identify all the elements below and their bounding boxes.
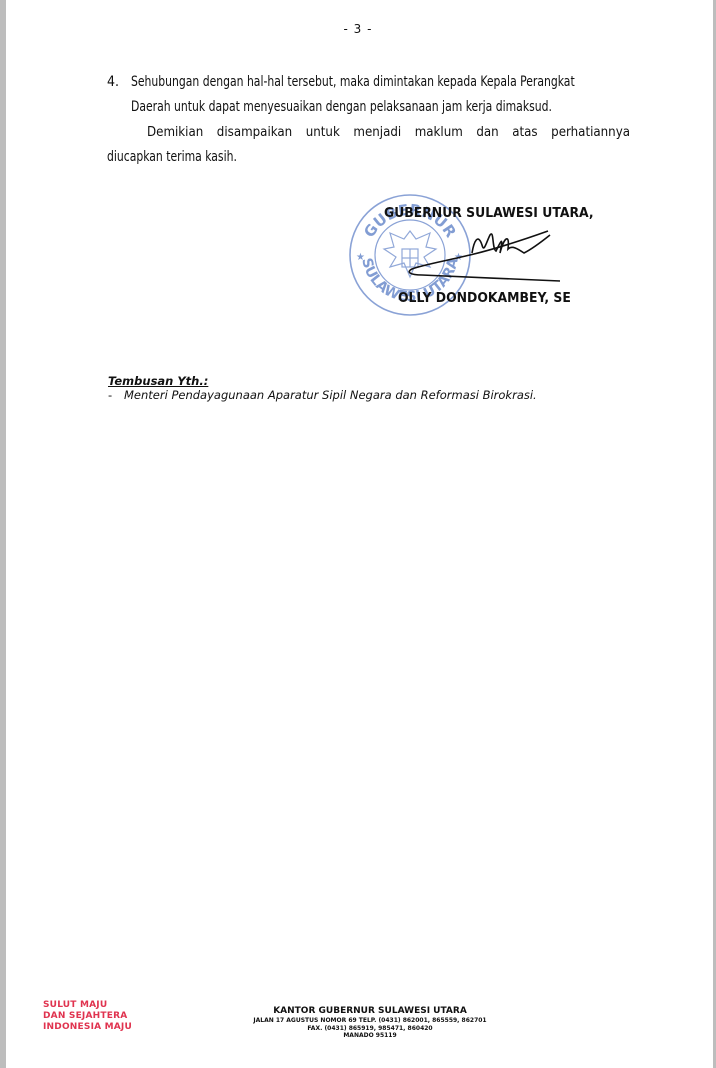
- closing-paragraph: Demikian disampaikan untuk menjadi maklu…: [107, 120, 630, 170]
- signatory-name: OLLY DONDOKAMBEY, SE: [398, 290, 571, 306]
- page-edge-left: [0, 0, 6, 1068]
- page-number: - 3 -: [0, 22, 716, 36]
- footer-office-name: KANTOR GUBERNUR SULAWESI UTARA: [240, 1006, 500, 1017]
- footer-address: JALAN 17 AGUSTUS NOMOR 69 TELP. (0431) 8…: [240, 1017, 500, 1025]
- footer-slogan: SULUT MAJU DAN SEJAHTERA INDONESIA MAJU: [43, 1000, 132, 1033]
- handwritten-signature-icon: [400, 223, 580, 283]
- list-item-text-line1: Sehubungan dengan hal-hal tersebut, maka…: [131, 70, 575, 95]
- signatory-title: GUBERNUR SULAWESI UTARA,: [384, 205, 594, 221]
- signature-block: GUBERNUR SULAWESI UTARA ★ ★ GUBERNUR SUL…: [340, 185, 640, 325]
- footer-city: MANADO 95119: [240, 1032, 500, 1040]
- list-item-text-line2: Daerah untuk dapat menyesuaikan dengan p…: [131, 95, 552, 120]
- list-item-4: 4. Sehubungan dengan hal-hal tersebut, m…: [107, 70, 630, 120]
- carbon-copy-section: Tembusan Yth.: -Menteri Pendayagunaan Ap…: [108, 374, 537, 402]
- svg-text:★: ★: [356, 252, 365, 263]
- closing-line1: Demikian disampaikan untuk menjadi maklu…: [107, 120, 630, 145]
- footer-office-address: KANTOR GUBERNUR SULAWESI UTARA JALAN 17 …: [240, 1006, 500, 1040]
- carbon-copy-item: -Menteri Pendayagunaan Aparatur Sipil Ne…: [108, 388, 537, 402]
- footer-fax: FAX. (0431) 865919, 985471, 860420: [240, 1025, 500, 1033]
- carbon-copy-title: Tembusan Yth.:: [108, 374, 537, 388]
- list-item-number: 4.: [107, 70, 119, 95]
- closing-line2: diucapkan terima kasih.: [107, 145, 237, 170]
